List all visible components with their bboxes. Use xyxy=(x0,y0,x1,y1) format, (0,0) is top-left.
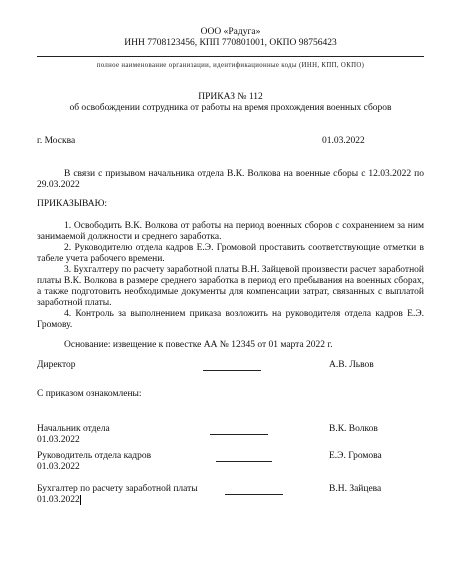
org-header-caption: полное наименование организации, идентиф… xyxy=(37,62,424,69)
order-item-4: 4. Контроль за выполнением приказа возло… xyxy=(37,309,424,331)
signatory-title: Руководитель отдела кадров xyxy=(37,451,151,461)
order-item-3: 3. Бухгалтеру по расчету заработной плат… xyxy=(37,265,424,309)
signatory-title: Начальник отдела xyxy=(37,424,110,434)
order-number-line: ПРИКАЗ № 112 xyxy=(37,92,424,103)
order-date: 01.03.2022 xyxy=(322,136,365,147)
order-items: 1. Освободить В.К. Волкова от работы на … xyxy=(37,221,424,331)
signature-line xyxy=(216,451,272,462)
order-item-2: 2. Руководителю отдела кадров Е.Э. Громо… xyxy=(37,243,424,265)
org-codes: ИНН 7708123456, КПП 770801001, ОКПО 9875… xyxy=(37,38,424,49)
order-item-1: 1. Освободить В.К. Волкова от работы на … xyxy=(37,221,424,243)
org-header: ООО «Радуга» ИНН 7708123456, КПП 7708010… xyxy=(37,27,424,57)
acknowledgment-date: 01.03.2022 xyxy=(37,435,424,446)
document-content: ООО «Радуга» ИНН 7708123456, КПП 7708010… xyxy=(0,0,461,506)
acknowledgment-row: Начальник отдела В.К. Волков 01.03.2022 xyxy=(37,424,424,446)
text-cursor xyxy=(80,495,81,505)
director-title: Директор xyxy=(37,360,76,370)
director-name: А.В. Львов xyxy=(329,360,374,371)
doc-title: ПРИКАЗ № 112 об освобождении сотрудника … xyxy=(37,92,424,114)
acknowledgment-date: 01.03.2022 xyxy=(37,462,424,473)
place-date-row: г. Москва 01.03.2022 xyxy=(37,136,424,147)
acknowledgment-signature-row: Начальник отдела В.К. Волков xyxy=(37,424,424,435)
signatory-title: Бухгалтер по расчету заработной платы xyxy=(37,484,198,494)
signature-line xyxy=(203,360,261,371)
acknowledgment-date-with-cursor: 01.03.2022 xyxy=(37,495,424,506)
acknowledgment-signature-row: Руководитель отдела кадров Е.Э. Громова xyxy=(37,451,424,462)
place-label: г. Москва xyxy=(37,136,75,146)
signatory-name: Е.Э. Громова xyxy=(329,451,382,462)
order-word: ПРИКАЗЫВАЮ: xyxy=(37,199,424,210)
director-signature-row: Директор А.В. Львов xyxy=(37,360,424,371)
signatory-name: В.Н. Зайцева xyxy=(329,484,381,495)
document-page[interactable]: ООО «Радуга» ИНН 7708123456, КПП 7708010… xyxy=(0,0,461,561)
basis-line: Основание: извещение к повестке АА № 123… xyxy=(37,340,424,351)
preamble-paragraph: В связи с призывом начальника отдела В.К… xyxy=(37,169,424,191)
acknowledgment-row: Руководитель отдела кадров Е.Э. Громова … xyxy=(37,451,424,473)
acknowledgment-signature-row: Бухгалтер по расчету заработной платы В.… xyxy=(37,484,424,495)
acknowledgment-date: 01.03.2022 xyxy=(37,495,80,505)
org-name: ООО «Радуга» xyxy=(37,27,424,38)
acknowledgment-row: Бухгалтер по расчету заработной платы В.… xyxy=(37,484,424,506)
signature-line xyxy=(210,424,268,435)
signature-line xyxy=(225,484,283,495)
signatory-name: В.К. Волков xyxy=(329,424,378,435)
order-subject-line: об освобождении сотрудника от работы на … xyxy=(37,103,424,114)
acknowledgment-heading: С приказом ознакомлены: xyxy=(37,389,424,400)
